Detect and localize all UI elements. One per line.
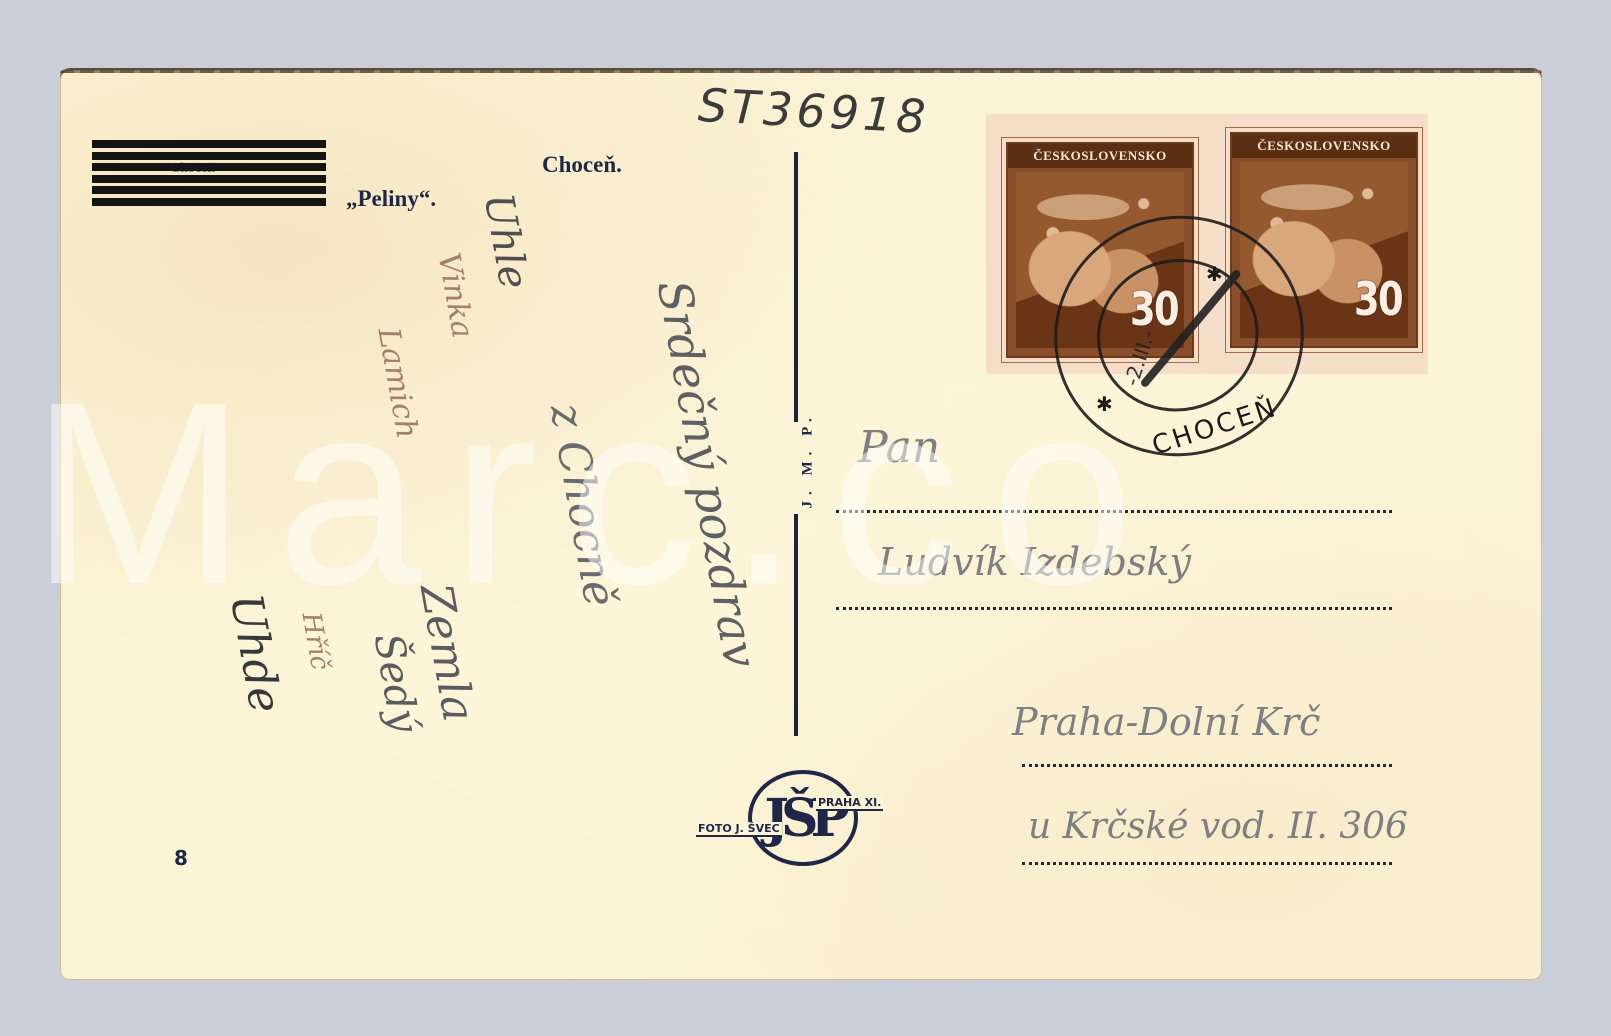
address-line: [836, 510, 1392, 513]
address-street: u Krčské vod. II. 306: [1028, 806, 1408, 847]
photographer-name: FOTO J. ŠVEC: [696, 822, 782, 837]
address-salutation: Pan: [858, 422, 940, 473]
address-city: Praha-Dolní Krč: [1012, 700, 1320, 744]
signature: Vinka: [431, 250, 480, 341]
place-title: Choceň.: [542, 152, 622, 178]
address-line: [1022, 764, 1392, 767]
address-recipient: Ludvík Izdebský: [878, 540, 1191, 584]
publisher-mark: J. M. P.: [800, 449, 817, 509]
photographer-logo: JŠP: [748, 770, 858, 866]
message-line: z Chocně: [540, 400, 626, 610]
stamp-country: ČESKOSLOVENSKO: [1232, 134, 1416, 158]
address-line: [1022, 862, 1392, 865]
photographer-city: PRAHA XI.: [816, 796, 883, 811]
stamp-value: 30: [1354, 272, 1402, 326]
signature: Hříč: [295, 610, 335, 672]
card-number: 8: [174, 846, 188, 870]
signature: Lamich: [371, 325, 425, 441]
message-line: Srdečný pozdrav: [647, 276, 768, 672]
inventory-code: ST36918: [697, 78, 931, 144]
signature: Uhle: [475, 190, 537, 292]
postcard: Choceň Choceň. „Peliny“. ST36918 J. M. P…: [60, 70, 1542, 980]
divider-line-top: [794, 152, 798, 422]
address-line: [836, 607, 1392, 610]
star-icon: ✱: [1096, 392, 1113, 417]
signature: Uhde: [220, 590, 291, 717]
star-icon: ✱: [1206, 262, 1223, 287]
place-subtitle: „Peliny“.: [346, 186, 436, 212]
signature: Šedý: [365, 630, 428, 736]
stamp-country: ČESKOSLOVENSKO: [1008, 144, 1192, 168]
divider-line-bottom: [794, 514, 798, 736]
redacted-text: Choceň: [170, 161, 215, 177]
